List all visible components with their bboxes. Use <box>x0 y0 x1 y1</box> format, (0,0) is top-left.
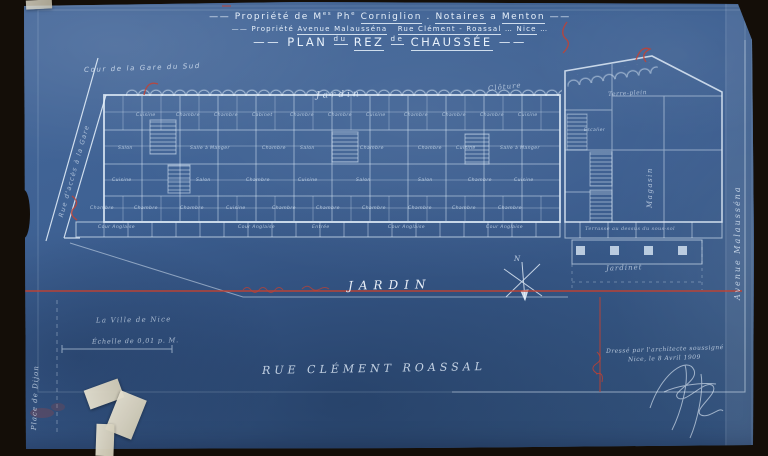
room-label: Salon <box>196 178 211 183</box>
title-segment: Menton <box>502 12 545 24</box>
room-label: Cabinet <box>252 113 273 118</box>
jardin-top-label: Jardin <box>316 89 362 101</box>
room-label: Chambre <box>418 146 442 151</box>
room-label: Chambre <box>316 206 340 211</box>
room-label: Chambre <box>272 206 296 211</box>
room-label: Entrée <box>312 225 330 230</box>
title-line-3: —— PLAN du REZ de CHAUSSÉE —— <box>150 34 630 51</box>
compass-north-label: N <box>514 255 520 263</box>
room-label: Cour Anglaise <box>98 225 135 230</box>
room-label: Cuisine <box>136 113 156 118</box>
room-label: Chambre <box>360 146 384 151</box>
room-label: Chambre <box>362 206 386 211</box>
room-label: Chambre <box>214 113 238 118</box>
title-segment: es <box>323 11 333 17</box>
room-label: Chambre <box>452 206 476 211</box>
title-segment: —— <box>493 35 527 49</box>
room-label: Chambre <box>90 206 114 211</box>
title-segment: Corniglion <box>361 12 422 24</box>
room-label: Salon <box>118 146 133 151</box>
room-label: Cuisine <box>456 146 476 151</box>
ville-de-nice-label: La Ville de Nice <box>96 315 172 324</box>
room-label: Chambre <box>180 206 204 211</box>
title-segment <box>348 35 354 49</box>
room-label: Salle à Manger <box>500 146 540 151</box>
blueprint-photo: —— Propriété de Mes Phe Corniglion . Not… <box>0 0 768 456</box>
title-segment: CHAUSSÉE <box>411 35 493 51</box>
title-segment: … <box>501 25 516 33</box>
room-label: Chambre <box>498 206 522 211</box>
signature-flourish <box>650 365 723 438</box>
room-label: Salon <box>356 178 371 183</box>
room-label: Chambre <box>328 113 352 118</box>
title-line-1: —— Propriété de Mes Phe Corniglion . Not… <box>150 10 630 24</box>
room-label: Chambre <box>404 113 428 118</box>
title-segment: —— Propriété <box>232 25 298 33</box>
room-label: Cour Anglaise <box>388 225 425 230</box>
title-segment: Notaires <box>435 12 485 24</box>
room-label: Cour Anglaise <box>238 225 275 230</box>
title-segment: a <box>486 12 502 22</box>
right-building-walls <box>565 56 722 238</box>
room-label: Salon <box>300 146 315 151</box>
room-label: Chambre <box>408 206 432 211</box>
room-label: Salle à Manger <box>190 146 230 151</box>
title-segment: Ph <box>332 12 351 22</box>
echelle-label: Échelle de 0,01 p. M. <box>92 336 179 346</box>
repair-tape <box>95 424 114 456</box>
room-label: Chambre <box>480 113 504 118</box>
title-segment: . <box>422 12 435 22</box>
title-segment: —— Propriété de M <box>209 12 323 22</box>
room-label: Chambre <box>290 113 314 118</box>
jardinet-label: Jardinet <box>606 263 643 272</box>
title-segment <box>384 35 390 49</box>
title-segment: —— PLAN <box>253 35 333 49</box>
jardin-garden-label: JARDIN <box>348 277 432 292</box>
repair-tape <box>26 0 52 10</box>
room-label: Cuisine <box>226 206 246 211</box>
terrace-colonnade <box>565 222 722 290</box>
title-block: —— Propriété de Mes Phe Corniglion . Not… <box>150 10 630 51</box>
title-line-2: —— Propriété Avenue Malausséna Rue Cléme… <box>150 24 630 34</box>
title-segment: du <box>334 34 348 45</box>
room-label: Cuisine <box>366 113 386 118</box>
room-label: Chambre <box>176 113 200 118</box>
title-segment: de <box>391 34 405 45</box>
torn-edge-notch <box>18 190 30 238</box>
room-label: Cuisine <box>518 113 538 118</box>
room-label: Chambre <box>246 178 270 183</box>
room-label: Salon <box>418 178 433 183</box>
title-segment <box>387 25 397 33</box>
room-label: Chambre <box>442 113 466 118</box>
title-segment: REZ <box>354 35 385 51</box>
title-segment: —— <box>545 12 571 22</box>
room-label: Cuisine <box>112 178 132 183</box>
compass-rose <box>504 262 542 300</box>
room-label: Cour Anglaise <box>486 225 523 230</box>
terrasse-strip-label: Terrasse au dessus du sous-sol <box>585 226 675 232</box>
room-label: Cuisine <box>514 178 534 183</box>
room-label: Cuisine <box>298 178 318 183</box>
room-label: Chambre <box>134 206 158 211</box>
magasin-label: Magasin <box>646 167 654 208</box>
avenue-malaussena-label: Avenue Malausséna <box>733 185 742 300</box>
title-segment: … <box>537 25 549 33</box>
title-segment <box>356 12 360 22</box>
room-label: Chambre <box>468 178 492 183</box>
room-label: Escalier <box>584 128 605 133</box>
title-segment <box>404 35 410 49</box>
room-label: Chambre <box>262 146 286 151</box>
